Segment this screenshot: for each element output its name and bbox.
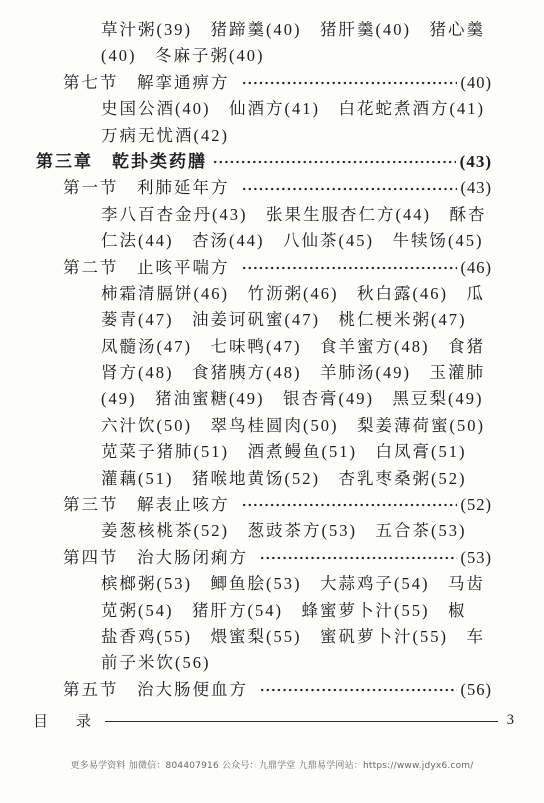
toc-entry-label: 第二节 止咳平喘方: [63, 255, 236, 281]
toc-item-text: 前子米饮(56): [101, 650, 211, 676]
dot-leader: [242, 265, 457, 271]
toc-entry-page-number: (43): [461, 175, 493, 201]
toc-item-line: 灌藕(51) 猪喉地黄饧(52) 杏乳枣桑粥(52): [0, 466, 492, 492]
toc-item-line: 姜葱核桃茶(52) 葱豉茶方(53) 五合茶(53): [0, 518, 492, 544]
scanned-toc-page: 草汁粥(39) 猪蹄羹(40) 猪肝羹(40) 猪心羹(40) 冬麻子粥(40)…: [0, 0, 544, 803]
toc-entry-page-number: (40): [461, 70, 493, 96]
toc-entry-label: 第三节 解表止咳方: [63, 492, 236, 518]
toc-item-text: 六汁饮(50) 翠鸟桂圆肉(50) 梨姜薄荷蜜(50): [101, 413, 485, 439]
toc-item-line: 李八百杏金丹(43) 张果生服杏仁方(44) 酥杏: [0, 202, 492, 228]
toc-entry-label: 第四节 治大肠闭痢方: [63, 545, 254, 571]
dot-leader: [213, 159, 456, 165]
dot-leader: [242, 502, 457, 508]
toc-entry-page-number: (52): [461, 492, 493, 518]
toc-entry-label: 第五节 治大肠便血方: [63, 677, 254, 703]
toc-item-text: 蒌青(47) 油姜诃矾蜜(47) 桃仁梗米粥(47): [101, 307, 466, 333]
toc-item-text: 史国公酒(40) 仙酒方(41) 白花蛇煮酒方(41): [101, 96, 485, 122]
toc-item-text: 柿霜清膈饼(46) 竹沥粥(46) 秋白露(46) 瓜: [101, 281, 485, 307]
toc-section-line: 第二节 止咳平喘方 (46): [0, 255, 492, 281]
toc-item-text: 肾方(48) 食猪胰方(48) 羊肺汤(49) 玉灌肺: [101, 360, 485, 386]
toc-entry-label: 第一节 利肺延年方: [63, 175, 236, 201]
toc-section-line: 第五节 治大肠便血方 (56): [0, 677, 492, 703]
toc-item-text: (40) 冬麻子粥(40): [101, 43, 264, 69]
toc-item-line: 草汁粥(39) 猪蹄羹(40) 猪肝羹(40) 猪心羹: [0, 17, 492, 43]
toc-item-line: 苋粥(54) 猪肝方(54) 蜂蜜萝卜汁(55) 椒: [0, 598, 492, 624]
toc-item-line: 凤髓汤(47) 七味鸭(47) 食羊蜜方(48) 食猪: [0, 334, 492, 360]
toc-item-line: 槟榔粥(53) 鲫鱼脍(53) 大蒜鸡子(54) 马齿: [0, 571, 492, 597]
footer-rule: [105, 721, 498, 722]
toc-section-line: 第一节 利肺延年方 (43): [0, 175, 492, 201]
toc-entry-page-number: (53): [461, 545, 493, 571]
footer-label-mu: 目: [33, 710, 49, 731]
toc-item-line: 柿霜清膈饼(46) 竹沥粥(46) 秋白露(46) 瓜: [0, 281, 492, 307]
toc-entry-label: 第三章 乾卦类药膳: [36, 149, 207, 175]
toc-item-text: 仁法(44) 杏汤(44) 八仙茶(45) 牛犊饧(45): [101, 228, 483, 254]
toc-item-text: 苋菜子猪肺(51) 酒煮鳗鱼(51) 白凤膏(51): [101, 439, 466, 465]
footer-page-number: 3: [507, 712, 514, 729]
toc-item-text: 槟榔粥(53) 鲫鱼脍(53) 大蒜鸡子(54) 马齿: [101, 571, 485, 597]
toc-item-line: 仁法(44) 杏汤(44) 八仙茶(45) 牛犊饧(45): [0, 228, 492, 254]
toc-entry-label: 第七节 解挛通痹方: [63, 70, 236, 96]
toc-item-line: (49) 猪油蜜糖(49) 银杏膏(49) 黑豆梨(49): [0, 386, 492, 412]
toc-item-line: 盐香鸡(55) 煨蜜梨(55) 蜜矾萝卜汁(55) 车: [0, 624, 492, 650]
dot-leader: [242, 80, 457, 86]
dot-leader: [260, 555, 456, 561]
toc-item-text: 苋粥(54) 猪肝方(54) 蜂蜜萝卜汁(55) 椒: [101, 598, 466, 624]
toc-item-text: 万病无忧酒(42): [101, 123, 229, 149]
dot-leader: [260, 687, 456, 693]
toc-entry-page-number: (56): [461, 677, 493, 703]
toc-item-line: 前子米饮(56): [0, 650, 492, 676]
page-footer: 目 录 3: [33, 710, 514, 731]
toc-item-line: 苋菜子猪肺(51) 酒煮鳗鱼(51) 白凤膏(51): [0, 439, 492, 465]
toc-item-text: 草汁粥(39) 猪蹄羹(40) 猪肝羹(40) 猪心羹: [101, 17, 485, 43]
toc: 草汁粥(39) 猪蹄羹(40) 猪肝羹(40) 猪心羹(40) 冬麻子粥(40)…: [0, 17, 492, 703]
toc-item-text: 灌藕(51) 猪喉地黄饧(52) 杏乳枣桑粥(52): [101, 466, 466, 492]
toc-item-line: (40) 冬麻子粥(40): [0, 43, 492, 69]
toc-item-line: 史国公酒(40) 仙酒方(41) 白花蛇煮酒方(41): [0, 96, 492, 122]
toc-section-line: 第三节 解表止咳方 (52): [0, 492, 492, 518]
toc-item-text: 盐香鸡(55) 煨蜜梨(55) 蜜矾萝卜汁(55) 车: [101, 624, 485, 650]
toc-item-text: 姜葱核桃茶(52) 葱豉茶方(53) 五合茶(53): [101, 518, 466, 544]
toc-item-line: 六汁饮(50) 翠鸟桂圆肉(50) 梨姜薄荷蜜(50): [0, 413, 492, 439]
toc-item-text: 李八百杏金丹(43) 张果生服杏仁方(44) 酥杏: [101, 202, 486, 228]
footer-label-lu: 录: [76, 710, 92, 731]
toc-item-line: 肾方(48) 食猪胰方(48) 羊肺汤(49) 玉灌肺: [0, 360, 492, 386]
watermark-text: 更多易学资料 加微信：804407916 公众号：九鼎学堂 九鼎易学网站：htt…: [0, 758, 544, 771]
dot-leader: [242, 186, 457, 192]
toc-chapter-line: 第三章 乾卦类药膳(43): [0, 149, 492, 175]
toc-section-line: 第四节 治大肠闭痢方 (53): [0, 545, 492, 571]
toc-section-line: 第七节 解挛通痹方 (40): [0, 70, 492, 96]
toc-entry-page-number: (46): [461, 255, 493, 281]
toc-item-line: 万病无忧酒(42): [0, 123, 492, 149]
toc-entry-page-number: (43): [460, 149, 492, 175]
toc-item-line: 蒌青(47) 油姜诃矾蜜(47) 桃仁梗米粥(47): [0, 307, 492, 333]
toc-item-text: 凤髓汤(47) 七味鸭(47) 食羊蜜方(48) 食猪: [101, 334, 485, 360]
toc-item-text: (49) 猪油蜜糖(49) 银杏膏(49) 黑豆梨(49): [101, 386, 483, 412]
